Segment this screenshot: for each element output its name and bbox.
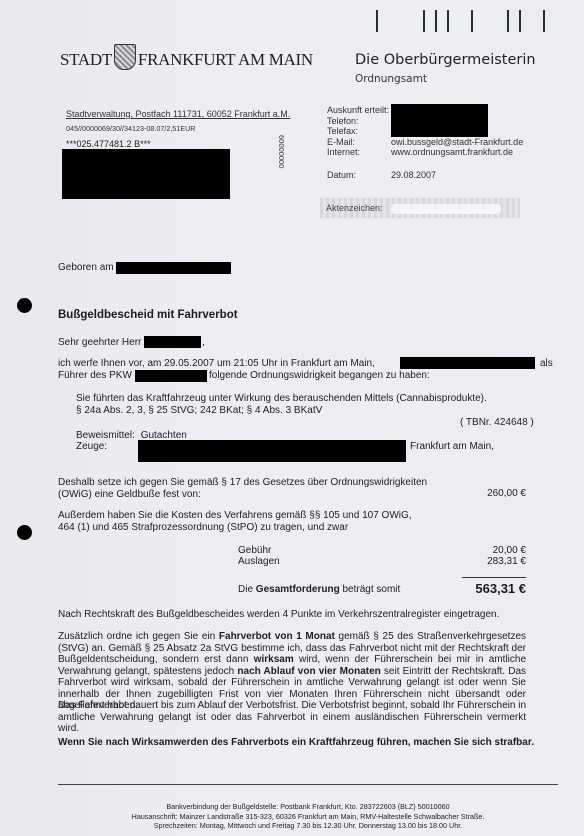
document-title: Bußgeldbescheid mit Fahrverbot [58, 309, 238, 321]
city-prefix: Stadt [60, 50, 112, 69]
total-amount: 563,31 € [420, 581, 526, 596]
cost-row-fee: Gebühr 20,00 € [238, 545, 526, 557]
redacted-recipient-address [62, 149, 230, 199]
warning-text: Wenn Sie nach Wirksamwerden des Fahrverb… [58, 737, 534, 749]
redacted-location [400, 357, 535, 369]
tbnr: ( TBNr. 424648 ) [460, 417, 534, 429]
vertical-code: 60000000 [277, 135, 286, 168]
city-logo: StadtFrankfurt am Main [60, 44, 313, 71]
total-row: Die Gesamtforderung beträgt somit [238, 584, 400, 596]
sum-rule [462, 577, 526, 578]
fine-text: Deshalb setze ich gegen Sie gemäß § 17 d… [58, 477, 427, 500]
ban-duration-paragraph: Das Fahrverbot dauert bis zum Ablauf der… [58, 700, 526, 735]
postal-barcode-marks [0, 0, 584, 40]
cost-row-expenses: Auslagen 283,31 € [238, 556, 526, 568]
department-title: Die Oberbürgermeisterin [355, 52, 536, 68]
website-value: www.ordnungsamt.frankfurt.de [391, 147, 513, 158]
redacted-plate [135, 370, 207, 382]
redacted-birth-date [116, 262, 231, 274]
footer-hours: Sprechzeiten: Montag, Mittwoch und Freit… [58, 821, 558, 831]
email-value: owi.bussgeld@stadt-Frankfurt.de [391, 137, 523, 148]
redacted-name [144, 336, 201, 348]
accusation-line-2: Führer des PKW [58, 370, 132, 382]
postage-reference: 045//0000069/30//34123-08.07/2,51EUR [66, 124, 195, 133]
witness-label: Zeuge: [76, 441, 107, 453]
city-name: Frankfurt am Main [138, 50, 313, 69]
footer: Bankverbindung der Bußgeldstelle: Postba… [58, 802, 558, 831]
points-notice: Nach Rechtskraft des Bußgeldbescheides w… [58, 609, 499, 621]
eagle-crest-icon [114, 44, 136, 70]
witness-city: Frankfurt am Main, [410, 441, 494, 453]
fine-amount: 260,00 € [440, 488, 526, 500]
offense-description: Sie führten das Kraftfahrzeug unter Wirk… [76, 393, 487, 416]
department-subtitle: Ordnungsamt [355, 73, 427, 85]
accusation-line-1-end: als [540, 358, 553, 370]
obscured-file-ref [391, 204, 501, 214]
punch-hole [17, 525, 32, 540]
redacted-contact-person [391, 104, 488, 137]
date-row: Datum:29.08.2007 [327, 170, 436, 180]
accusation-line-2b: folgende Ordnungswidrigkeit begangen zu … [209, 370, 430, 382]
punch-hole [17, 298, 32, 313]
file-reference-field: Aktenzeichen: [320, 198, 520, 218]
footer-bank: Bankverbindung der Bußgeldstelle: Postba… [58, 802, 558, 812]
redacted-witness [138, 440, 406, 462]
mail-id: ***025.477481.2 B*** [66, 139, 151, 149]
salutation-comma: , [202, 337, 205, 349]
date-value: 29.08.2007 [391, 170, 436, 180]
contact-row: E-Mail:owi.bussgeld@stadt-Frankfurt.de [327, 137, 523, 148]
costs-text: Außerdem haben Sie die Kosten des Verfah… [58, 510, 412, 533]
footer-rule [58, 784, 558, 785]
scanned-letter-page: StadtFrankfurt am Main Die Oberbürgermei… [0, 0, 584, 836]
birth-date-row: Geboren am [58, 262, 114, 274]
footer-address: Hausanschrift: Mainzer Landstraße 315-32… [58, 812, 558, 822]
contact-row: Internet:www.ordnungsamt.frankfurt.de [327, 147, 523, 158]
accusation-line-1: ich werfe Ihnen vor, am 29.05.2007 um 21… [58, 358, 375, 370]
sender-return-line: Stadtverwaltung, Postfach 111731, 60052 … [66, 109, 290, 119]
salutation: Sehr geehrter Herr [58, 337, 141, 349]
